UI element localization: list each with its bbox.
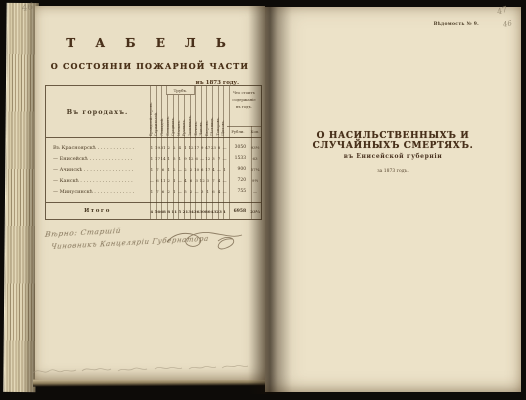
cost-header-line: въ годъ. bbox=[227, 104, 261, 111]
pipes-group-header: Трубъ. bbox=[166, 86, 195, 95]
row-values: 17621—52—3164— bbox=[149, 189, 227, 194]
table-row: — Ачинскѣ . . . . . . . . . . . . . . . … bbox=[46, 164, 261, 175]
column-header-label: Служителей. bbox=[155, 112, 159, 136]
kopeck-header: Коп. bbox=[249, 127, 261, 137]
right-page-heading: О НАСИЛЬСТВЕННЫХЪ И СЛУЧАЙНЫХЪ СМЕРТЯХЪ. bbox=[273, 131, 513, 151]
total-values: 456688115213436308043231 bbox=[149, 209, 227, 214]
column-header-label: Заливныхъ. bbox=[189, 115, 193, 136]
cost-header-line: содержаніе bbox=[227, 97, 261, 104]
table-row: — Енисейскѣ . . . . . . . . . . . . . .1… bbox=[46, 153, 261, 164]
row-label: — Канскѣ . . . . . . . . . . . . . . . .… bbox=[46, 178, 149, 184]
table-total: Итого456688115213436308043231695823¼ bbox=[46, 202, 261, 219]
column-header-label: Бочекъ. bbox=[195, 121, 199, 136]
ruble-cell: 1533 bbox=[227, 156, 249, 161]
ruble-cell: 720 bbox=[227, 178, 249, 183]
column-header-label: Чановъ. bbox=[200, 121, 204, 136]
column-header-label: Лѣстницъ. bbox=[211, 117, 215, 136]
right-page-year-line: за 1873 годъ. bbox=[265, 169, 521, 174]
ink-certification-line1: Вѣрно: Старшій bbox=[44, 226, 121, 239]
book-scan: Т А Б Е Л Ь О СОСТОЯНІИ ПОЖАРНОЙ ЧАСТИ в… bbox=[0, 0, 526, 400]
column-header-label: Ручныхъ. bbox=[183, 119, 187, 136]
right-page: Вѣдомость № 9. О НАСИЛЬСТВЕННЫХЪ И СЛУЧА… bbox=[265, 7, 521, 392]
kopeck-cell: 63 bbox=[249, 156, 261, 161]
column-header-label: Брандмейстеровъ. bbox=[150, 102, 154, 136]
row-label: — Енисейскѣ . . . . . . . . . . . . . . bbox=[46, 156, 149, 162]
table-corner-header: Въ городахъ. bbox=[46, 86, 149, 137]
column-header-label: Лошадей. bbox=[161, 118, 165, 136]
pencil-note-left: 46 bbox=[21, 2, 34, 14]
column-header-label: Большихъ. bbox=[167, 116, 171, 136]
ruble-header: Рубли. bbox=[227, 127, 249, 137]
right-page-running-head: Вѣдомость № 9. bbox=[434, 22, 479, 27]
page-edges-stack bbox=[3, 3, 38, 392]
pencil-inscription-illegible bbox=[27, 364, 273, 380]
kopeck-cell: 93½ bbox=[249, 145, 261, 150]
corner-header-label: Въ городахъ. bbox=[67, 108, 129, 116]
ruble-cell: 755 bbox=[227, 189, 249, 194]
kopeck-cell: — bbox=[249, 189, 261, 194]
kopeck-cell: 9½ bbox=[249, 178, 261, 183]
column-header-label: Среднихъ. bbox=[172, 117, 176, 136]
cost-header: Что стоитъ содержаніе въ годъ. Рубли. Ко… bbox=[227, 86, 261, 137]
column-header-label: Багровъ. bbox=[206, 120, 210, 136]
row-values: 117141519126—1237— bbox=[149, 156, 227, 161]
row-label: — Ачинскѣ . . . . . . . . . . . . . . . … bbox=[46, 167, 149, 173]
right-page-subheading: въ Енисейской губерніи bbox=[265, 153, 521, 160]
row-label: Въ Красноярскѣ . . . . . . . . . . . . bbox=[46, 145, 149, 151]
table-body: Въ Красноярскѣ . . . . . . . . . . . .11… bbox=[46, 138, 261, 202]
row-label: — Минусинскѣ . . . . . . . . . . . . . bbox=[46, 189, 149, 195]
kopeck-cell: 23¼ bbox=[249, 209, 261, 214]
row-values: 1193122411217947238— bbox=[149, 145, 227, 150]
kopeck-cell: 57¼ bbox=[249, 167, 261, 172]
ink-signature-flourish bbox=[163, 224, 255, 254]
column-header-label: Топоровъ. bbox=[217, 117, 221, 136]
table-header: Въ городахъ. Брандмейстеровъ.Служителей.… bbox=[46, 86, 261, 138]
ruble-cell: 900 bbox=[227, 167, 249, 172]
cost-header-line: Что стоитъ bbox=[227, 90, 261, 97]
cost-header-text: Что стоитъ содержаніе въ годъ. bbox=[227, 86, 261, 126]
table-row: — Канскѣ . . . . . . . . . . . . . . . .… bbox=[46, 175, 261, 186]
cost-subheader: Рубли. Коп. bbox=[227, 126, 261, 137]
left-page-title: Т А Б Е Л Ь bbox=[35, 36, 265, 50]
column-header-label: Щитовъ. bbox=[222, 120, 226, 136]
left-page-subtitle: О СОСТОЯНІИ ПОЖАРНОЙ ЧАСТИ bbox=[35, 61, 265, 71]
row-values: 17612—22106174—1 bbox=[149, 167, 227, 172]
row-values: —61121—46312374— bbox=[149, 178, 227, 183]
ruble-cell: 6958 bbox=[227, 209, 249, 214]
left-page: Т А Б Е Л Ь О СОСТОЯНІИ ПОЖАРНОЙ ЧАСТИ в… bbox=[35, 6, 265, 380]
ruble-cell: 3050 bbox=[227, 145, 249, 150]
column-header-label: Малыхъ. bbox=[178, 120, 182, 136]
total-label: Итого bbox=[46, 208, 149, 214]
table-row: — Минусинскѣ . . . . . . . . . . . . .17… bbox=[46, 186, 261, 197]
fire-department-table: Въ городахъ. Брандмейстеровъ.Служителей.… bbox=[45, 85, 262, 220]
table-row: Въ Красноярскѣ . . . . . . . . . . . .11… bbox=[46, 142, 261, 153]
